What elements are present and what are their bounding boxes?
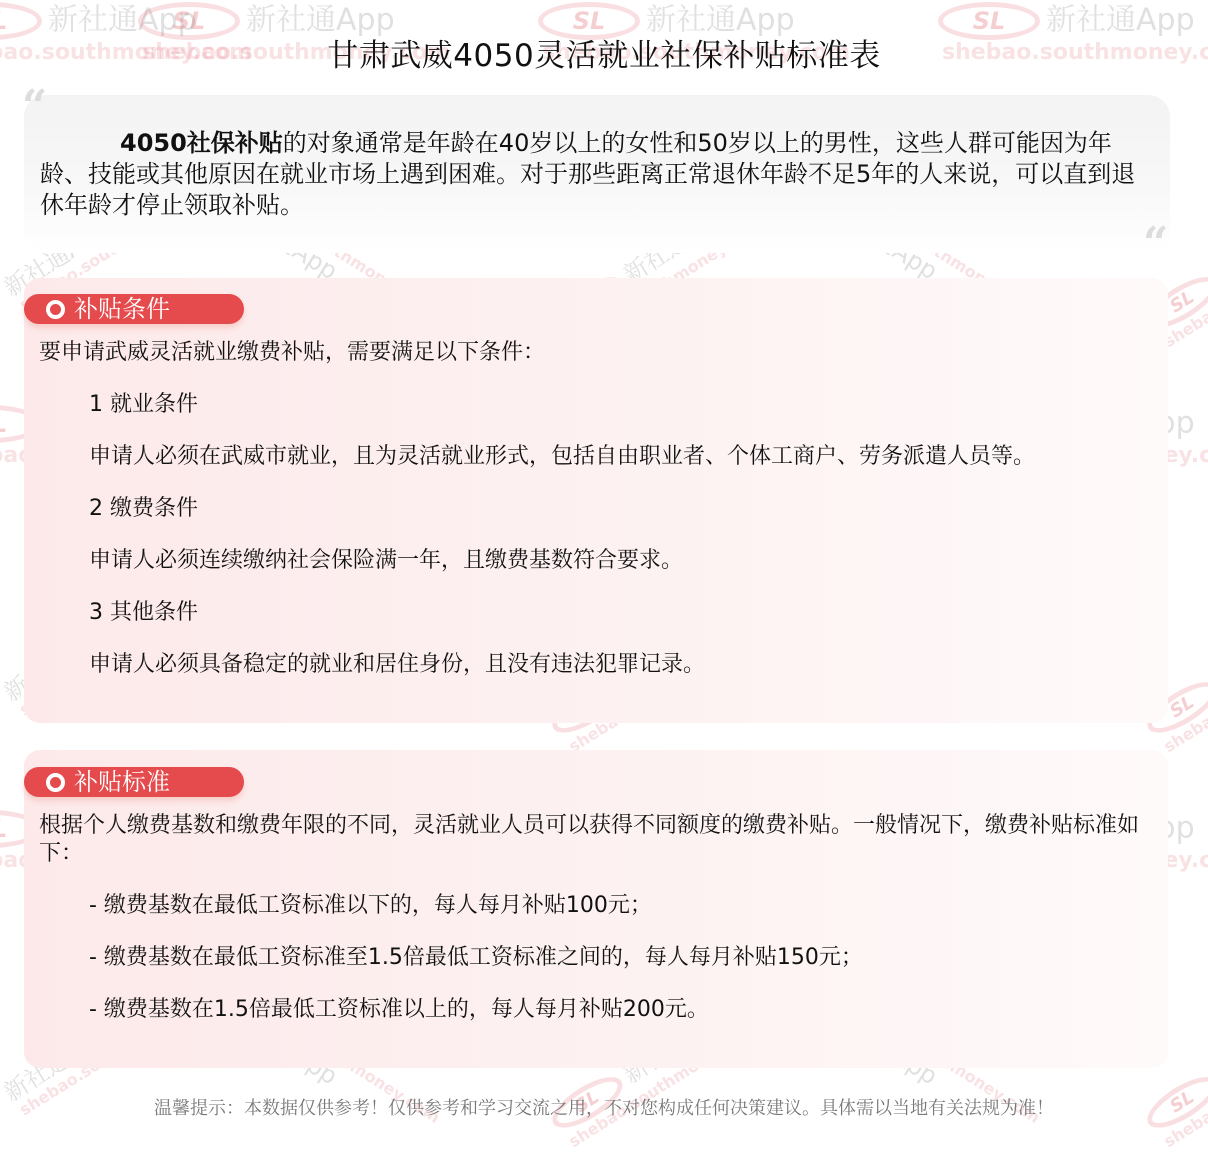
intro-bold-lead: 4050社保补贴 (120, 129, 283, 157)
section-heading-label: 补贴条件 (74, 294, 170, 324)
condition-body: 申请人必须具备稳定的就业和居住身份，且没有违法犯罪记录。 (89, 651, 705, 679)
quote-close-icon: “ (1143, 222, 1168, 266)
standard-bullet: - 缴费基数在最低工资标准以下的，每人每月补贴100元； (89, 892, 652, 920)
page-title: 甘肃武威4050灵活就业社保补贴标准表 (0, 30, 1208, 75)
section-heading-standards: 补贴标准 (24, 767, 244, 797)
section-lead: 要申请武威灵活就业缴费补贴，需要满足以下条件： (39, 339, 545, 367)
condition-title: 3 其他条件 (89, 599, 198, 627)
circle-icon (46, 773, 65, 792)
section-heading-label: 补贴标准 (74, 767, 170, 797)
intro-paragraph: 4050社保补贴的对象通常是年龄在40岁以上的女性和50岁以上的男性，这些人群可… (40, 128, 1150, 221)
footer-disclaimer: 温馨提示：本数据仅供参考！仅供参考和学习交流之用，不对您构成任何决策建议。具体需… (0, 1094, 1208, 1120)
standard-bullet: - 缴费基数在最低工资标准至1.5倍最低工资标准之间的，每人每月补贴150元； (89, 944, 863, 972)
condition-body: 申请人必须连续缴纳社会保险满一年，且缴费基数符合要求。 (89, 547, 683, 575)
section-lead: 根据个人缴费基数和缴费年限的不同，灵活就业人员可以获得不同额度的缴费补贴。一般情… (39, 812, 1139, 868)
section-heading-conditions: 补贴条件 (24, 294, 244, 324)
quote-open-icon: “ (22, 85, 47, 129)
standard-bullet: - 缴费基数在1.5倍最低工资标准以上的，每人每月补贴200元。 (89, 996, 709, 1024)
document: 甘肃武威4050灵活就业社保补贴标准表 “ “ 4050社保补贴的对象通常是年龄… (0, 0, 1208, 1154)
condition-title: 1 就业条件 (89, 391, 198, 419)
condition-body: 申请人必须在武威市就业，且为灵活就业形式，包括自由职业者、个体工商户、劳务派遣人… (89, 443, 1035, 471)
circle-icon (46, 300, 65, 319)
condition-title: 2 缴费条件 (89, 495, 198, 523)
